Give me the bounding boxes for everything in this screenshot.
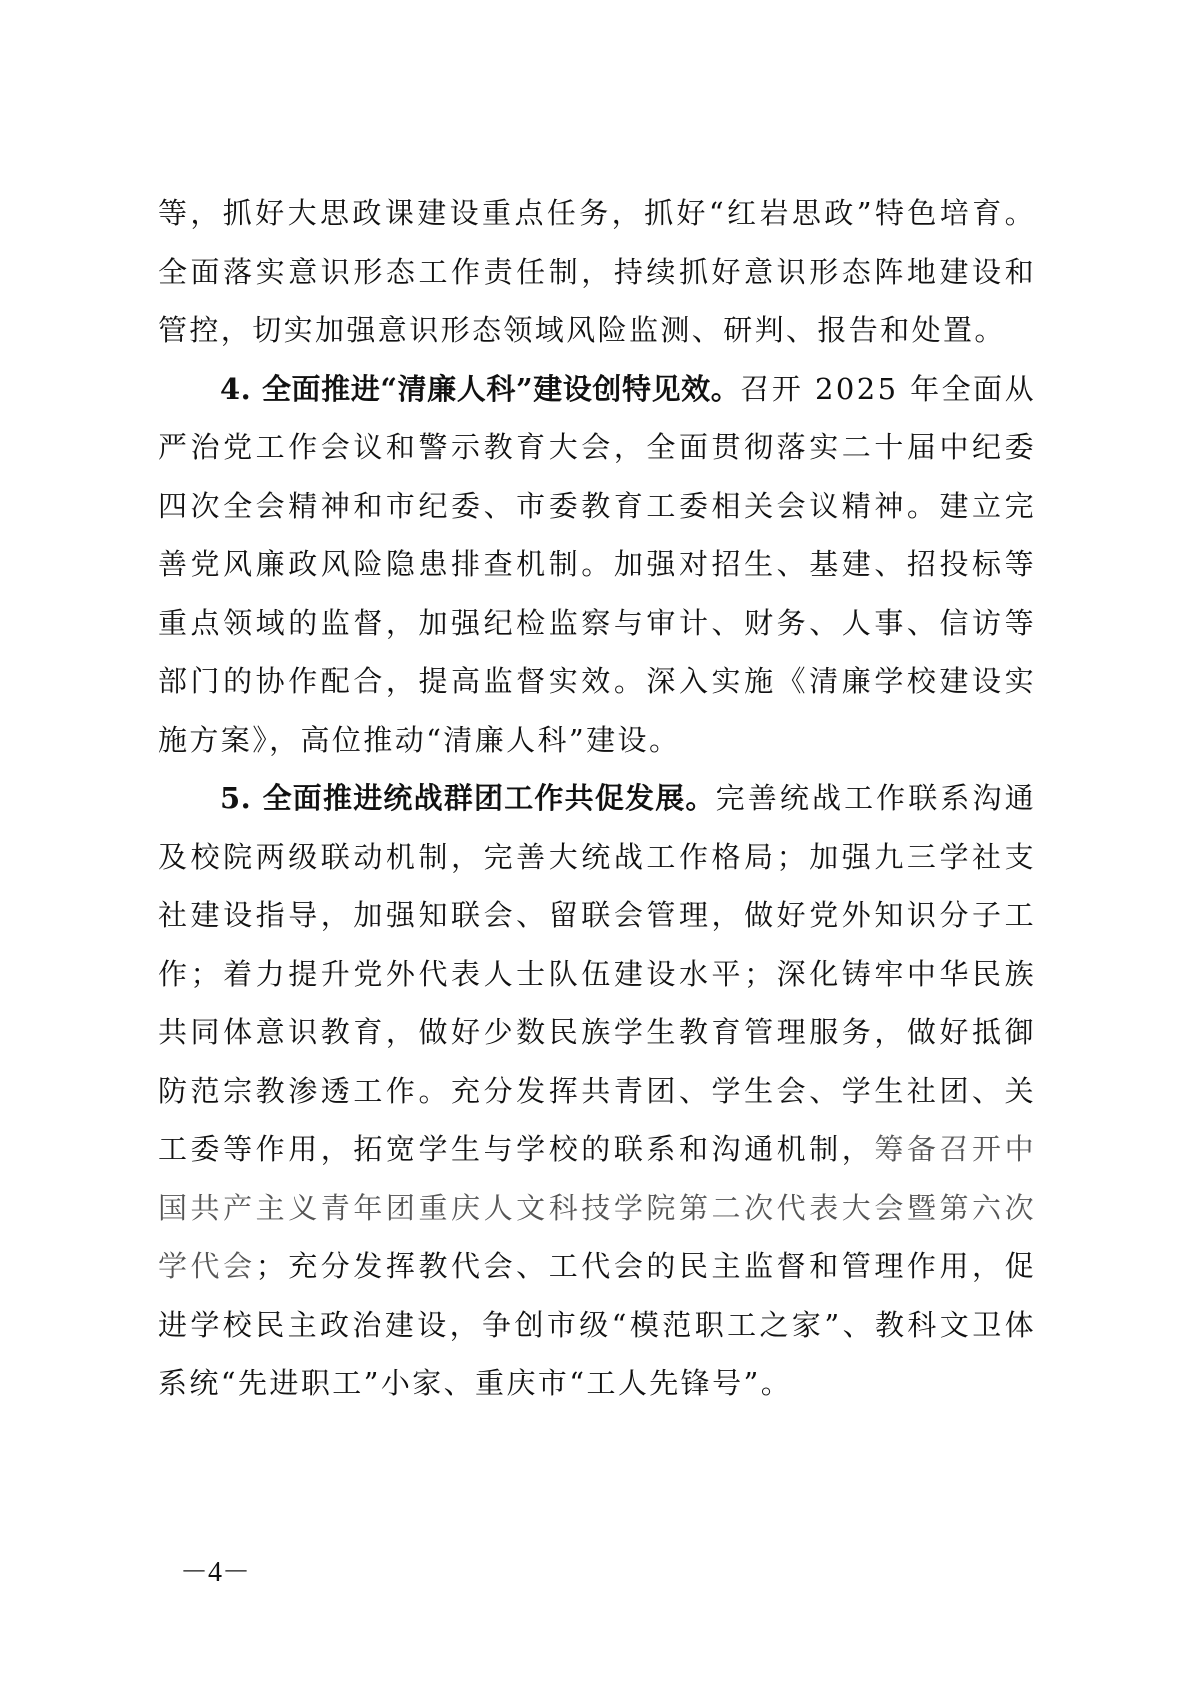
paragraph-ideology: 等，抓好大思政课建设重点任务，抓好“红岩思政”特色培育。全面落实意识形态工作责任…: [158, 184, 1036, 360]
section-body-5b: ；充分发挥教代会、工代会的民主监督和管理作用，促进学校民主政治建设，争创市级“模…: [158, 1249, 1036, 1400]
section-heading-4: 4. 全面推进“清廉人科”建设创特见效。: [220, 372, 740, 406]
section-body-4: 召开 2025 年全面从严治党工作会议和警示教育大会，全面贯彻落实二十届中纪委四…: [158, 372, 1036, 757]
document-page: 等，抓好大思政课建设重点任务，抓好“红岩思政”特色培育。全面落实意识形态工作责任…: [158, 184, 1036, 1413]
section-heading-5: 5. 全面推进统战群团工作共促发展。: [220, 781, 716, 815]
paragraph-united-front: 5. 全面推进统战群团工作共促发展。完善统战工作联系沟通及校院两级联动机制，完善…: [158, 769, 1036, 1413]
page-number: －4－: [180, 1550, 250, 1590]
paragraph-clean-campus: 4. 全面推进“清廉人科”建设创特见效。召开 2025 年全面从严治党工作会议和…: [158, 360, 1036, 770]
section-body-5a: 完善统战工作联系沟通及校院两级联动机制，完善大统战工作格局；加强九三学社支社建设…: [158, 781, 1036, 1166]
